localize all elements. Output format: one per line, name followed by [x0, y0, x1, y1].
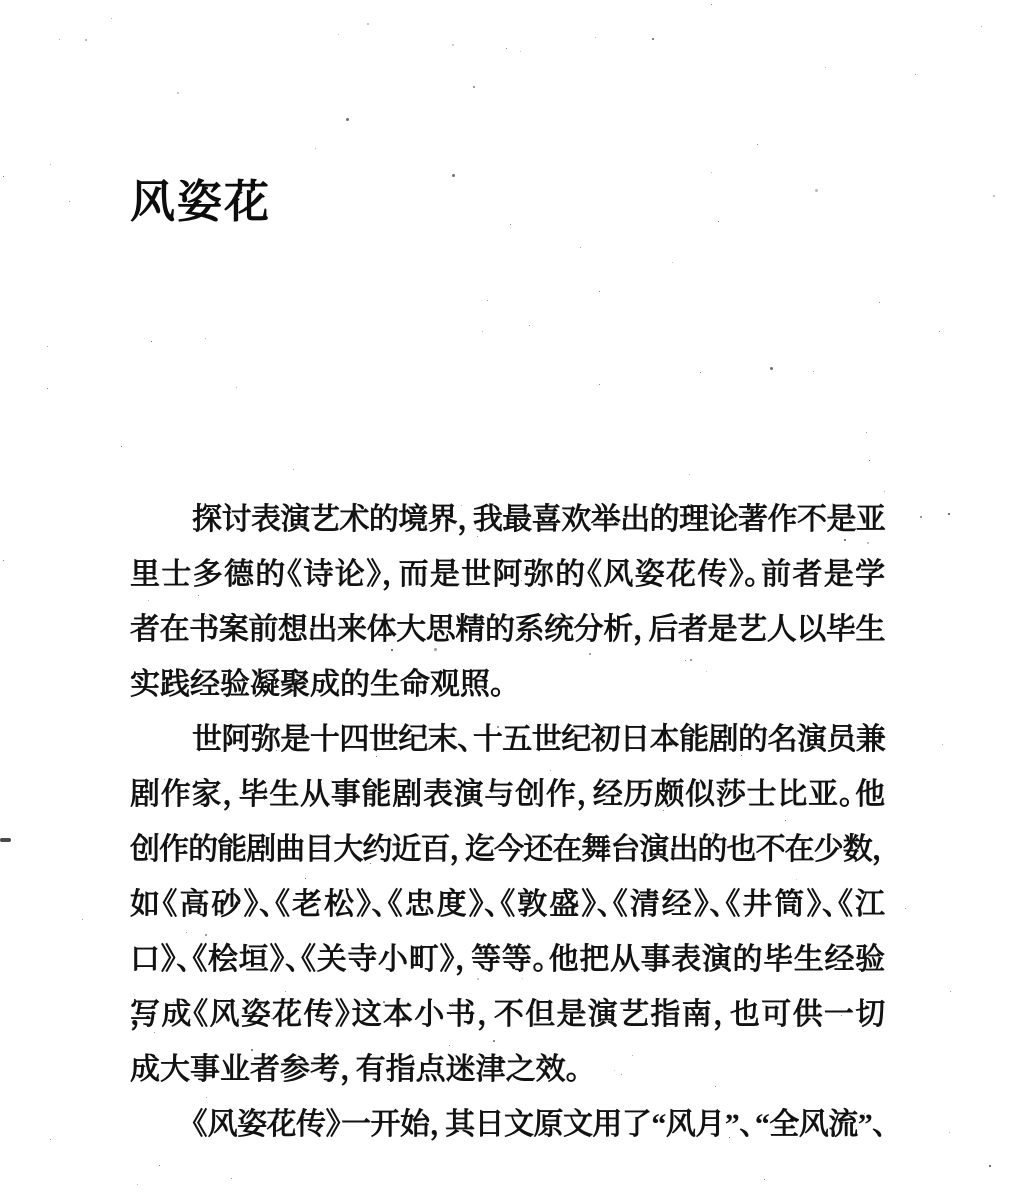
- scan-speck: [506, 48, 507, 49]
- scan-speck: [949, 1132, 950, 1133]
- punctuation-glyph: 》: [729, 547, 745, 602]
- punctuation-glyph: 》: [439, 932, 455, 987]
- scan-speck: [367, 23, 369, 25]
- punctuation-glyph: 《: [500, 877, 516, 932]
- punctuation-glyph: 《: [287, 547, 303, 602]
- scan-speck: [905, 908, 906, 909]
- punctuation-glyph: 》: [806, 877, 822, 932]
- scan-speck: [580, 247, 581, 248]
- text-line: 成大事业者参考，有指点迷津之效。: [130, 1042, 885, 1097]
- scan-speck: [205, 338, 206, 339]
- scan-speck: [689, 474, 690, 475]
- scan-speck: [50, 164, 51, 165]
- scan-speck: [487, 300, 488, 301]
- punctuation-glyph: ，: [713, 987, 729, 1042]
- punctuation-glyph: 《: [275, 877, 291, 932]
- scan-speck: [159, 1165, 160, 1166]
- scan-speck: [764, 1179, 765, 1180]
- scan-speck: [338, 34, 339, 35]
- scan-speck: [529, 325, 530, 326]
- scan-speck: [825, 67, 826, 68]
- scan-speck: [869, 460, 870, 461]
- scan-speck: [652, 38, 654, 40]
- punctuation-glyph: 《: [387, 877, 403, 932]
- punctuation-glyph: ，: [455, 932, 471, 987]
- punctuation-glyph: 》: [335, 987, 351, 1042]
- scan-speck: [981, 26, 982, 27]
- scan-speck: [111, 18, 112, 19]
- scan-speck: [69, 201, 70, 202]
- punctuation-glyph: ，: [872, 822, 888, 877]
- scan-edge-artifact: [0, 838, 11, 842]
- scan-speck: [59, 39, 60, 40]
- punctuation-glyph: 《: [301, 932, 317, 987]
- punctuation-glyph: 。: [490, 657, 506, 712]
- punctuation-glyph: ，: [577, 767, 593, 822]
- scanned-book-page: 风姿花 探讨表演艺术的境界，我最喜欢举出的理论著作不是亚里士多德的《诗论》，而是…: [0, 0, 1011, 1196]
- body-text: 探讨表演艺术的境界，我最喜欢举出的理论著作不是亚里士多德的《诗论》，而是世阿弥的…: [130, 492, 885, 1152]
- scan-speck: [3, 176, 4, 177]
- punctuation-glyph: 、: [872, 1097, 888, 1152]
- scan-speck: [757, 144, 758, 145]
- punctuation-glyph: ，: [340, 1042, 356, 1097]
- scan-speck: [813, 371, 814, 372]
- scan-speck: [700, 372, 701, 373]
- punctuation-glyph: 《: [192, 932, 208, 987]
- punctuation-glyph: 、: [176, 932, 192, 987]
- scan-speck: [510, 224, 511, 225]
- scan-speck: [137, 1184, 138, 1185]
- text-line: 探讨表演艺术的境界，我最喜欢举出的理论著作不是亚: [130, 492, 885, 547]
- text-line: 世阿弥是十四世纪末、十五世纪初日本能剧的名演员兼: [130, 712, 885, 767]
- punctuation-glyph: 、: [739, 1097, 755, 1152]
- scan-speck: [452, 174, 455, 177]
- text-line: 《风姿花传》一开始，其日文原文用了“风月”、“全风流”、: [130, 1097, 885, 1152]
- scan-speck: [672, 262, 673, 263]
- punctuation-glyph: 《: [162, 877, 178, 932]
- punctuation-glyph: 。: [744, 547, 760, 602]
- scan-speck: [815, 189, 818, 192]
- scan-speck: [939, 331, 940, 332]
- scan-speck: [595, 37, 596, 38]
- punctuation-glyph: 》: [581, 877, 597, 932]
- punctuation-glyph: ，: [457, 492, 473, 547]
- scan-speck: [482, 331, 483, 332]
- punctuation-glyph: 《: [612, 877, 628, 932]
- punctuation-glyph: 》: [243, 877, 259, 932]
- scan-speck: [177, 92, 179, 94]
- scan-speck: [920, 516, 922, 518]
- scan-speck: [599, 384, 600, 385]
- scan-speck: [915, 74, 916, 75]
- text-line: 口》、《桧垣》、《关寺小町》，等等。他把从事表演的毕生经验，: [130, 932, 885, 987]
- scan-speck: [452, 44, 454, 46]
- punctuation-glyph: 《: [725, 877, 741, 932]
- punctuation-glyph: ，: [382, 547, 398, 602]
- scan-speck: [236, 387, 237, 388]
- scan-speck: [151, 341, 152, 342]
- scan-speck: [82, 919, 83, 920]
- punctuation-glyph: 、: [372, 877, 388, 932]
- punctuation-glyph: 》: [694, 877, 710, 932]
- scan-speck: [942, 744, 943, 745]
- punctuation-glyph: ，: [429, 1097, 445, 1152]
- scan-speck: [3, 560, 4, 561]
- chapter-title: 风姿花: [130, 165, 271, 230]
- punctuation-glyph: 》: [356, 877, 372, 932]
- punctuation-glyph: 《: [193, 987, 209, 1042]
- scan-speck: [989, 1165, 991, 1167]
- punctuation-glyph: 、: [709, 877, 725, 932]
- punctuation-glyph: 、: [457, 712, 473, 767]
- punctuation-glyph: 。: [839, 767, 855, 822]
- scan-speck: [47, 346, 48, 347]
- text-line: 者在书案前想出来体大思精的系统分析，后者是艺人以毕生: [130, 602, 885, 657]
- scan-speck: [346, 118, 349, 121]
- punctuation-glyph: 、: [822, 877, 838, 932]
- punctuation-glyph: 》: [269, 932, 285, 987]
- text-line: 剧作家，毕生从事能剧表演与创作，经历颇似莎士比亚。他: [130, 767, 885, 822]
- punctuation-glyph: 。: [566, 1042, 582, 1097]
- punctuation-glyph: ，: [477, 987, 493, 1042]
- scan-speck: [993, 195, 995, 197]
- punctuation-glyph: 》: [366, 547, 382, 602]
- punctuation-glyph: ，: [633, 602, 649, 657]
- punctuation-glyph: 《: [192, 1097, 208, 1152]
- scan-speck: [121, 446, 122, 447]
- punctuation-glyph: ，: [450, 822, 466, 877]
- punctuation-glyph: 、: [285, 932, 301, 987]
- punctuation-glyph: 。: [532, 932, 548, 987]
- text-line: 写成《风姿花传》这本小书，不但是演艺指南，也可供一切: [130, 987, 885, 1042]
- punctuation-glyph: 《: [586, 547, 602, 602]
- text-line: 里士多德的《诗论》，而是世阿弥的《风姿花传》。前者是学: [130, 547, 885, 602]
- punctuation-glyph: 、: [259, 877, 275, 932]
- text-line: 实践经验凝聚成的生命观照。: [130, 657, 885, 712]
- punctuation-glyph: 》: [161, 932, 177, 987]
- text-line: 创作的能剧曲目大约近百，迄今还在舞台演出的也不在少数，: [130, 822, 885, 877]
- punctuation-glyph: 《: [838, 877, 854, 932]
- punctuation-glyph: ，: [222, 767, 238, 822]
- text-line: 如《高砂》、《老松》、《忠度》、《敦盛》、《清经》、《井筒》、《江: [130, 877, 885, 932]
- scan-speck: [866, 432, 867, 433]
- scan-speck: [718, 221, 719, 222]
- scan-speck: [599, 291, 600, 292]
- scan-speck: [950, 991, 951, 992]
- scan-speck: [770, 367, 773, 370]
- scan-speck: [879, 302, 880, 303]
- scan-speck: [520, 51, 521, 52]
- punctuation-glyph: 、: [484, 877, 500, 932]
- punctuation-glyph: 》: [469, 877, 485, 932]
- scan-speck: [711, 4, 712, 5]
- scan-speck: [47, 388, 48, 389]
- scan-speck: [473, 86, 475, 88]
- scan-speck: [948, 513, 950, 515]
- scan-speck: [85, 39, 87, 41]
- scan-speck: [293, 469, 294, 470]
- scan-speck: [231, 1178, 232, 1179]
- scan-speck: [315, 148, 316, 149]
- punctuation-glyph: 、: [597, 877, 613, 932]
- scan-speck: [711, 172, 712, 173]
- scan-speck: [50, 1139, 51, 1140]
- punctuation-glyph: 》: [325, 1097, 341, 1152]
